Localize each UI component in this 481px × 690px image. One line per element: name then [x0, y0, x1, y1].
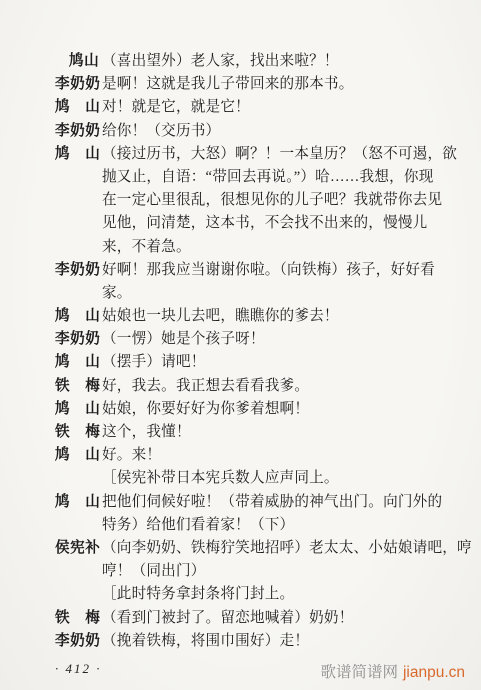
dialogue-text: ［侯宪补带日本宪兵数人应声同上。 — [102, 467, 463, 490]
script-line: 鸠 山 （摆手）请吧！ — [55, 351, 463, 374]
watermark-site-name: 歌谱简谱网 — [320, 664, 398, 681]
speaker-name: 铁 梅 — [55, 607, 102, 630]
speaker-name: 鸠 山 — [55, 491, 102, 514]
script-line: 侯宪补 （向李奶奶、铁梅狞笑地招呼）老太太、小姑娘请吧，哼 — [55, 537, 463, 560]
watermark: 歌谱简谱网jianpu.cn — [320, 660, 465, 682]
speaker-name: 鸠 山 — [55, 398, 102, 421]
speaker-name: 铁 梅 — [55, 375, 102, 398]
script-line: 特务）给他们看着家！（下） — [55, 514, 463, 537]
speaker-name: 李奶奶 — [55, 328, 102, 351]
dialogue-text: 抛又止，自语：“带回去再说。”）哈……我想，你现 — [102, 166, 463, 189]
dialogue-text: 好，我去。我正想去看看我爹。 — [102, 375, 463, 398]
dialogue-text: 在一定心里很乱，很想见你的儿子吧？我就带你去见 — [102, 189, 463, 212]
dialogue-text: （摆手）请吧！ — [102, 351, 463, 374]
speaker-name: 鸠 山 — [55, 143, 102, 166]
dialogue-text: （接过历书，大怒）啊？！一本皇历？（怒不可遏，欲 — [102, 143, 463, 166]
speaker-name: 侯宪补 — [55, 537, 102, 560]
script-line: 鸠山 （喜出望外）老人家，找出来啦？！ — [55, 50, 463, 73]
dialogue-text: （挽着铁梅，将围巾围好）走！ — [102, 630, 463, 653]
dialogue-text: 好啊！那我应当谢谢你啦。（向铁梅）孩子，好好看 — [102, 259, 463, 282]
script-line: 鸠 山 姑娘也一块儿去吧，瞧瞧你的爹去！ — [55, 305, 463, 328]
dialogue-text: （一愣）她是个孩子呀！ — [102, 328, 463, 351]
script-line: 李奶奶 是啊！这就是我儿子带回来的那本书。 — [55, 73, 463, 96]
script-line: 鸠 山 把他们伺候好啦！（带着威胁的神气出门。向门外的 — [55, 491, 463, 514]
script-line: ［侯宪补带日本宪兵数人应声同上。 — [55, 467, 463, 490]
speaker-name: 铁 梅 — [55, 421, 102, 444]
speaker-name: 李奶奶 — [55, 73, 102, 96]
script-line: 见他，问清楚，这本书，不会找不出来的，慢慢儿 — [55, 212, 463, 235]
dialogue-text: 来，不着急。 — [102, 236, 463, 259]
speaker-name: 李奶奶 — [55, 259, 102, 282]
script-line: 李奶奶 好啊！那我应当谢谢你啦。（向铁梅）孩子，好好看 — [55, 259, 463, 282]
dialogue-text: 特务）给他们看着家！（下） — [102, 514, 463, 537]
script-line: 铁 梅 这个，我懂！ — [55, 421, 463, 444]
dialogue-text: 这个，我懂！ — [102, 421, 463, 444]
dialogue-text: 姑娘也一块儿去吧，瞧瞧你的爹去！ — [102, 305, 463, 328]
dialogue-text: 给你！（交历书） — [102, 120, 463, 143]
speaker-name: 鸠 山 — [55, 444, 102, 467]
script-line: 铁 梅 （看到门被封了。留恋地喊着）奶奶！ — [55, 607, 463, 630]
dialogue-text: ［此时特务拿封条将门封上。 — [102, 583, 463, 606]
script-line: 抛又止，自语：“带回去再说。”）哈……我想，你现 — [55, 166, 463, 189]
script-line: 来，不着急。 — [55, 236, 463, 259]
script-line: 鸠 山 （接过历书，大怒）啊？！一本皇历？（怒不可遏，欲 — [55, 143, 463, 166]
dialogue-text: 好。来！ — [102, 444, 463, 467]
dialogue-text: 见他，问清楚，这本书，不会找不出来的，慢慢儿 — [102, 212, 463, 235]
speaker-name: 李奶奶 — [55, 120, 102, 143]
dialogue-text: 对！就是它，就是它！ — [102, 96, 463, 119]
dialogue-text: （向李奶奶、铁梅狞笑地招呼）老太太、小姑娘请吧，哼 — [102, 537, 472, 560]
script-line: 鸠 山 对！就是它，就是它！ — [55, 96, 463, 119]
speaker-name: 李奶奶 — [55, 630, 102, 653]
script-lines: 鸠山 （喜出望外）老人家，找出来啦？！ 李奶奶 是啊！这就是我儿子带回来的那本书… — [55, 50, 463, 653]
script-line: 在一定心里很乱，很想见你的儿子吧？我就带你去见 — [55, 189, 463, 212]
dialogue-text: 是啊！这就是我儿子带回来的那本书。 — [102, 73, 463, 96]
dialogue-text: 哼！（同出门） — [102, 560, 463, 583]
script-line: 铁 梅 好，我去。我正想去看看我爹。 — [55, 375, 463, 398]
script-line: 家。 — [55, 282, 463, 305]
script-line: 鸠 山 姑娘，你要好好为你爹着想啊！ — [55, 398, 463, 421]
speaker-name: 鸠 山 — [55, 96, 102, 119]
dialogue-text: 家。 — [102, 282, 463, 305]
script-line: 哼！（同出门） — [55, 560, 463, 583]
watermark-url: jianpu.cn — [403, 664, 465, 681]
script-line: 李奶奶 给你！（交历书） — [55, 120, 463, 143]
script-line: 李奶奶 （一愣）她是个孩子呀！ — [55, 328, 463, 351]
speaker-name: 鸠山 — [55, 50, 102, 73]
speaker-name: 鸠 山 — [55, 351, 102, 374]
dialogue-text: （喜出望外）老人家，找出来啦？！ — [102, 50, 463, 73]
dialogue-text: （看到门被封了。留恋地喊着）奶奶！ — [102, 607, 463, 630]
dialogue-text: 姑娘，你要好好为你爹着想啊！ — [102, 398, 463, 421]
script-line: 李奶奶 （挽着铁梅，将围巾围好）走！ — [55, 630, 463, 653]
scanned-script-page: 鸠山 （喜出望外）老人家，找出来啦？！ 李奶奶 是啊！这就是我儿子带回来的那本书… — [0, 0, 481, 690]
speaker-name: 鸠 山 — [55, 305, 102, 328]
script-line: ［此时特务拿封条将门封上。 — [55, 583, 463, 606]
page-number: · 412 · — [55, 661, 102, 677]
dialogue-text: 把他们伺候好啦！（带着威胁的神气出门。向门外的 — [102, 491, 463, 514]
script-line: 鸠 山 好。来！ — [55, 444, 463, 467]
